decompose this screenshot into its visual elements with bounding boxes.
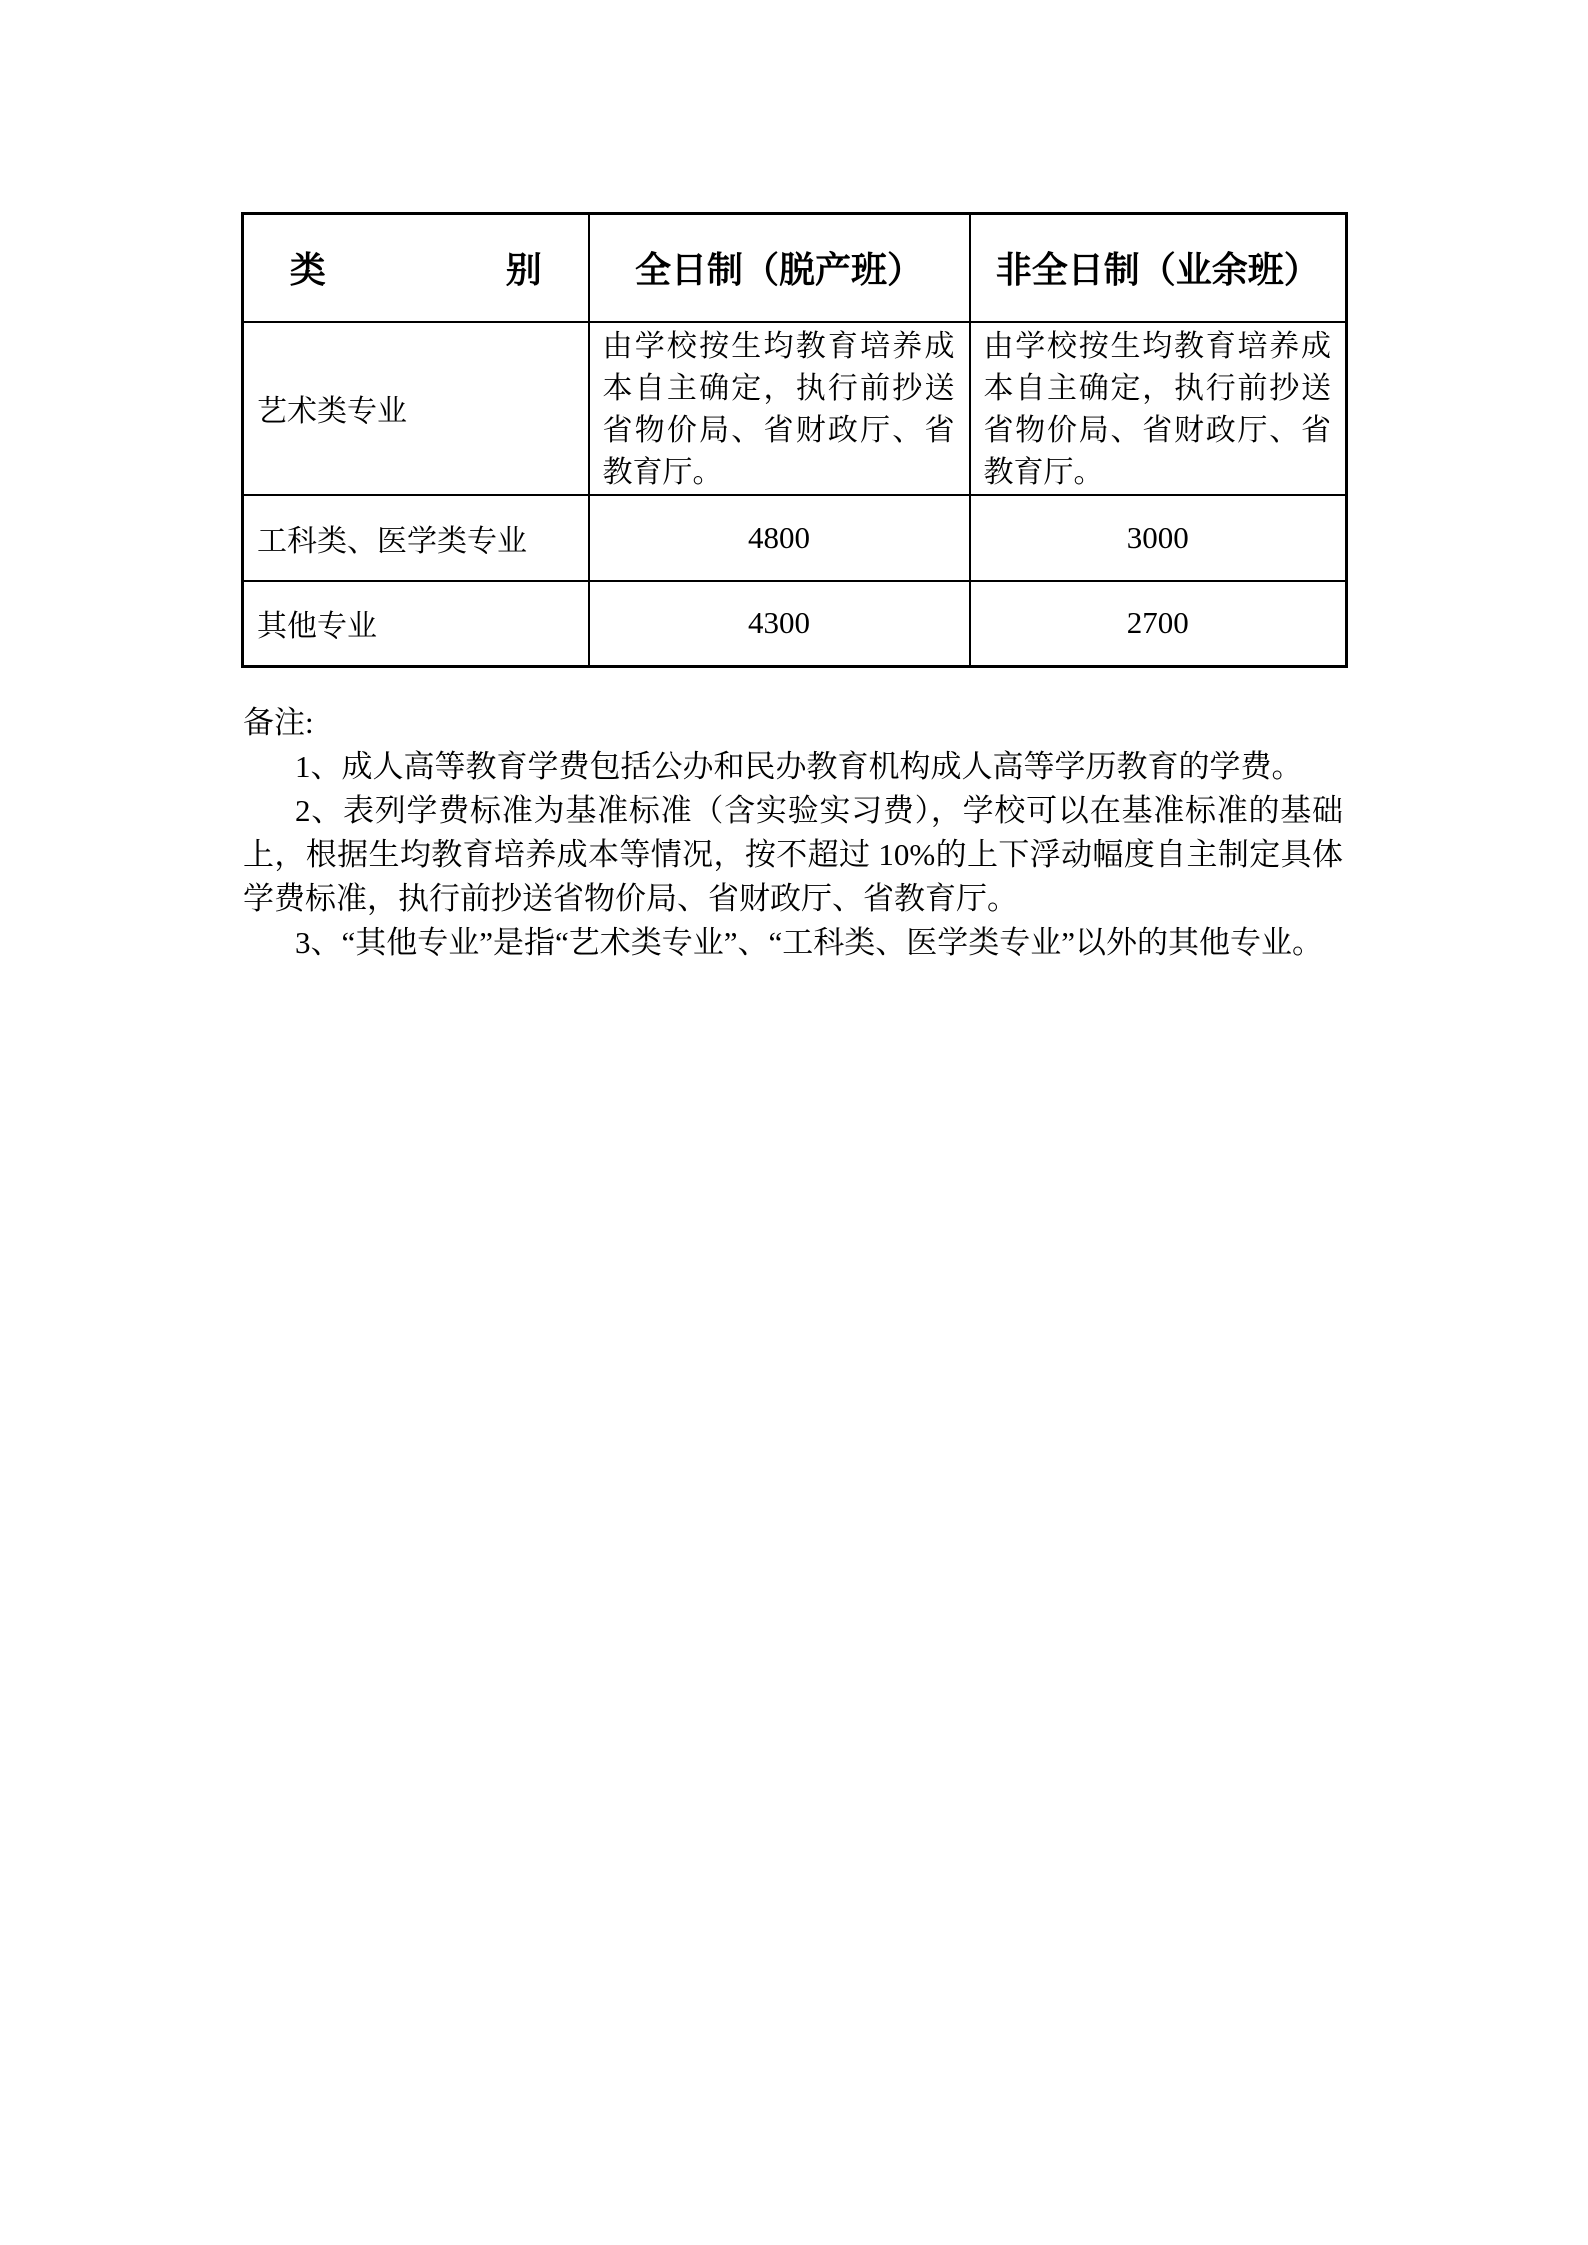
row-category-art: 艺术类专业 <box>243 322 589 495</box>
engineering-fulltime-fee: 4800 <box>589 495 970 581</box>
engineering-parttime-fee: 3000 <box>970 495 1347 581</box>
column-header-parttime: 非全日制（业余班） <box>970 214 1347 322</box>
table-row: 其他专业 4300 2700 <box>243 581 1347 667</box>
note-item-1: 1、成人高等教育学费包括公办和民办教育机构成人高等学历教育的学费。 <box>243 745 1343 789</box>
art-fulltime-policy-text: 由学校按生均教育培养成本自主确定，执行前抄送省物价局、省财政厅、省教育厅。 <box>589 322 970 495</box>
other-parttime-fee: 2700 <box>970 581 1347 667</box>
table-row: 艺术类专业 由学校按生均教育培养成本自主确定，执行前抄送省物价局、省财政厅、省教… <box>243 322 1347 495</box>
table-row: 工科类、医学类专业 4800 3000 <box>243 495 1347 581</box>
row-category-other: 其他专业 <box>243 581 589 667</box>
note-item-3: 3、“其他专业”是指“艺术类专业”、“工科类、医学类专业”以外的其他专业。 <box>243 921 1343 965</box>
notes-title: 备注: <box>243 701 1343 745</box>
column-header-fulltime: 全日制（脱产班） <box>589 214 970 322</box>
art-parttime-policy-text: 由学校按生均教育培养成本自主确定，执行前抄送省物价局、省财政厅、省教育厅。 <box>970 322 1347 495</box>
tuition-fee-table: 类 别 全日制（脱产班） 非全日制（业余班） 艺术类专业 由学校按生均教育培养成… <box>241 212 1348 668</box>
document-page: 类 别 全日制（脱产班） 非全日制（业余班） 艺术类专业 由学校按生均教育培养成… <box>0 0 1588 2245</box>
note-item-2: 2、表列学费标准为基准标准（含实验实习费），学校可以在基准标准的基础上，根据生均… <box>243 789 1343 921</box>
row-category-engineering-medical: 工科类、医学类专业 <box>243 495 589 581</box>
table-header-row: 类 别 全日制（脱产班） 非全日制（业余班） <box>243 214 1347 322</box>
notes-section: 备注: 1、成人高等教育学费包括公办和民办教育机构成人高等学历教育的学费。 2、… <box>243 701 1343 965</box>
column-header-category: 类 别 <box>243 214 589 322</box>
other-fulltime-fee: 4300 <box>589 581 970 667</box>
